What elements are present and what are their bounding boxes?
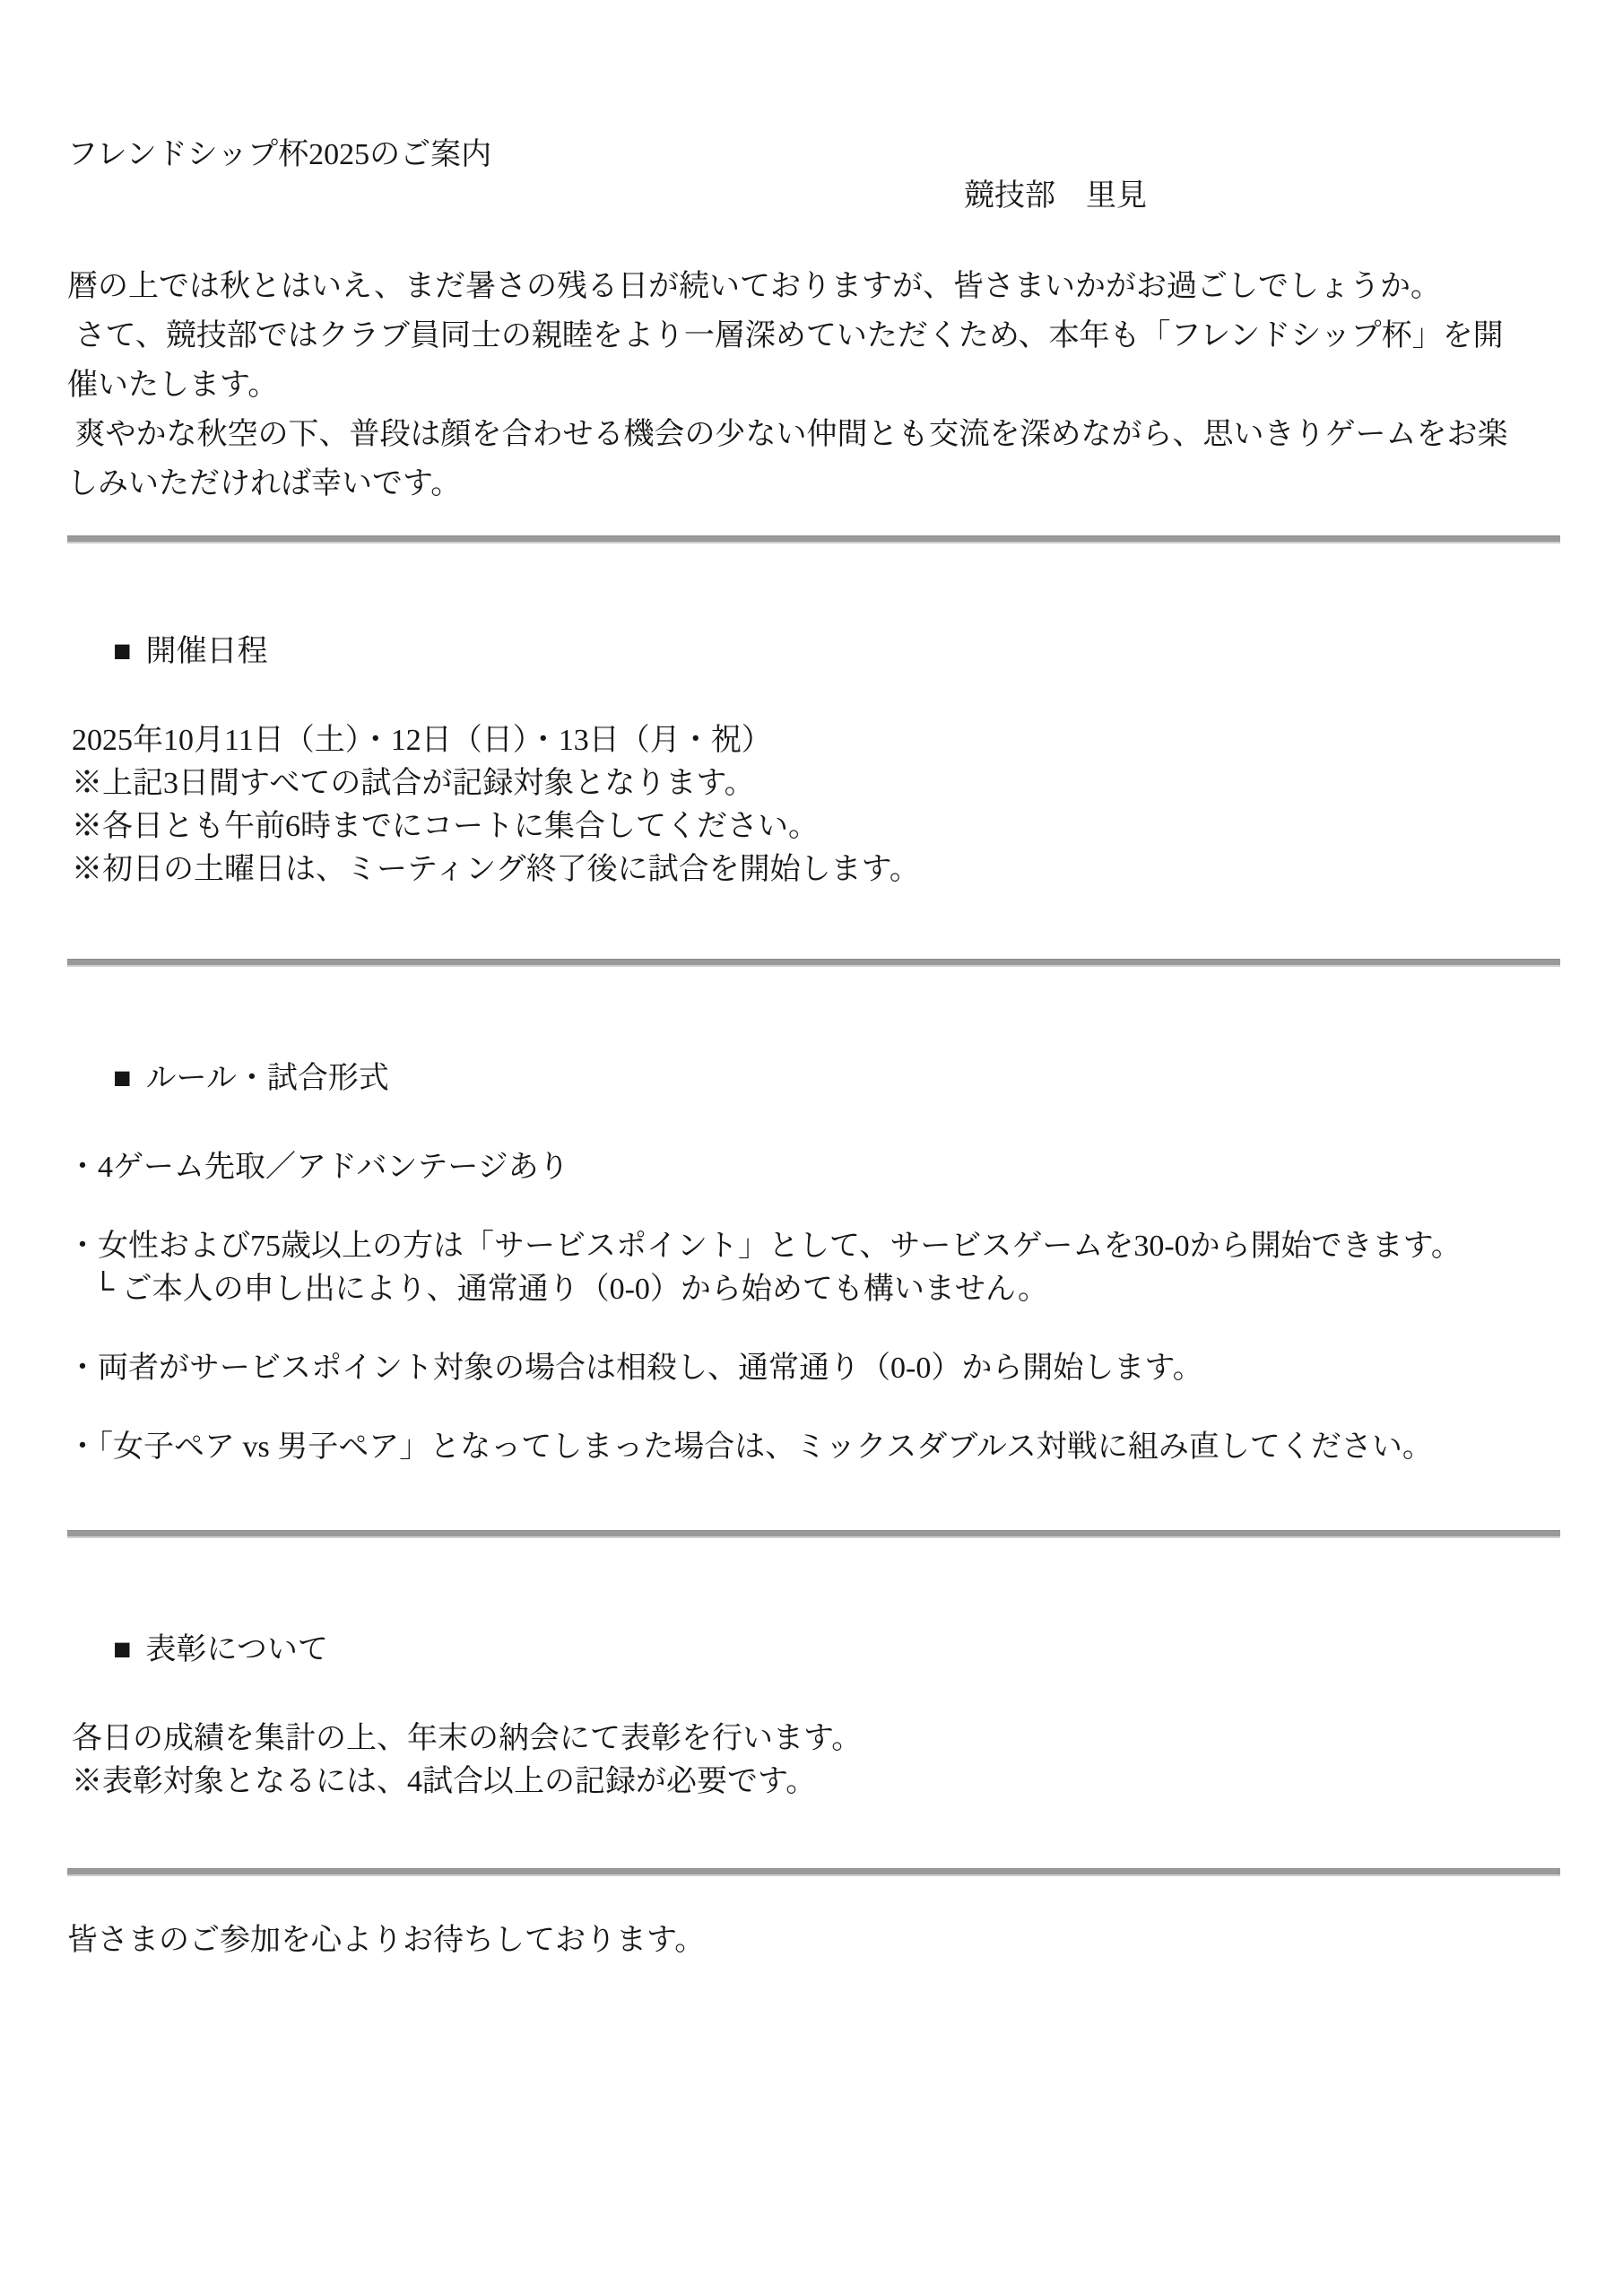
section-divider (67, 1868, 1560, 1876)
square-bullet-icon: ■ (113, 1062, 132, 1095)
rule-subtext: └ ご本人の申し出により、通常通り（0-0）から始めても構いません。 (67, 1268, 1560, 1311)
intro-line: 爽やかな秋空の下、普段は顔を合わせる機会の少ない仲間とも交流を深めながら、思いき… (67, 410, 1560, 459)
square-bullet-icon: ■ (113, 635, 132, 668)
section-divider (67, 959, 1560, 967)
section-heading: ■開催日程 (67, 585, 1560, 719)
intro-line: 暦の上では秋とはいえ、まだ暑さの残る日が続いておりますが、皆さまいかがお過ごしで… (67, 262, 1560, 311)
rule-text: ・「女子ペア vs 男子ペア」となってしまった場合は、ミックスダブルス対戦に組み… (67, 1426, 1560, 1469)
rule-item: ・女性および75歳以上の方は「サービスポイント」として、サービスゲームを30-0… (67, 1225, 1560, 1311)
section-awards: ■表彰について 各日の成績を集計の上、年末の納会にて表彰を行います。 ※表彰対象… (67, 1583, 1560, 1804)
document-title: フレンドシップ杯2025のご案内 (67, 135, 1560, 176)
document-page: フレンドシップ杯2025のご案内 競技部 里見 暦の上では秋とはいえ、まだ暑さの… (0, 0, 1623, 1962)
rule-item: ・「女子ペア vs 男子ペア」となってしまった場合は、ミックスダブルス対戦に組み… (67, 1426, 1560, 1469)
rule-text: ・女性および75歳以上の方は「サービスポイント」として、サービスゲームを30-0… (67, 1225, 1560, 1268)
intro-line: しみいただければ幸いです。 (67, 459, 1560, 509)
rule-item: ・両者がサービスポイント対象の場合は相殺し、通常通り（0-0）から開始します。 (67, 1347, 1560, 1390)
author-line: 競技部 里見 (67, 176, 1560, 217)
section-rules: ■ルール・試合形式 ・4ゲーム先取／アドバンテージあり ・女性および75歳以上の… (67, 1012, 1560, 1469)
intro-paragraph: 暦の上では秋とはいえ、まだ暑さの残る日が続いておりますが、皆さまいかがお過ごしで… (67, 262, 1560, 509)
intro-line: 催いたします。 (67, 361, 1560, 410)
square-bullet-icon: ■ (113, 1633, 132, 1666)
schedule-note: ※初日の土曜日は、ミーティング終了後に試合を開始します。 (67, 848, 1560, 891)
section-heading: ■ルール・試合形式 (67, 1012, 1560, 1146)
closing-line: 皆さまのご参加を心よりお待ちしております。 (67, 1919, 1560, 1962)
awards-text: 各日の成績を集計の上、年末の納会にて表彰を行います。 (67, 1718, 1560, 1761)
section-heading-label: 表彰について (146, 1633, 328, 1666)
section-heading: ■表彰について (67, 1583, 1560, 1718)
rule-text: ・4ゲーム先取／アドバンテージあり (67, 1146, 1560, 1189)
section-heading-label: 開催日程 (146, 635, 268, 668)
schedule-note: ※上記3日間すべての試合が記録対象となります。 (67, 762, 1560, 805)
awards-note: ※表彰対象となるには、4試合以上の記録が必要です。 (67, 1761, 1560, 1804)
rule-item: ・4ゲーム先取／アドバンテージあり (67, 1146, 1560, 1189)
section-divider (67, 1530, 1560, 1538)
section-schedule: ■開催日程 2025年10月11日（土）・12日（日）・13日（月・祝） ※上記… (67, 585, 1560, 891)
section-heading-label: ルール・試合形式 (146, 1062, 389, 1095)
section-divider (67, 535, 1560, 544)
intro-line: さて、競技部ではクラブ員同士の親睦をより一層深めていただくため、本年も「フレンド… (67, 311, 1560, 361)
schedule-note: ※各日とも午前6時までにコートに集合してください。 (67, 805, 1560, 848)
schedule-date-line: 2025年10月11日（土）・12日（日）・13日（月・祝） (67, 719, 1560, 762)
rule-text: ・両者がサービスポイント対象の場合は相殺し、通常通り（0-0）から開始します。 (67, 1347, 1560, 1390)
